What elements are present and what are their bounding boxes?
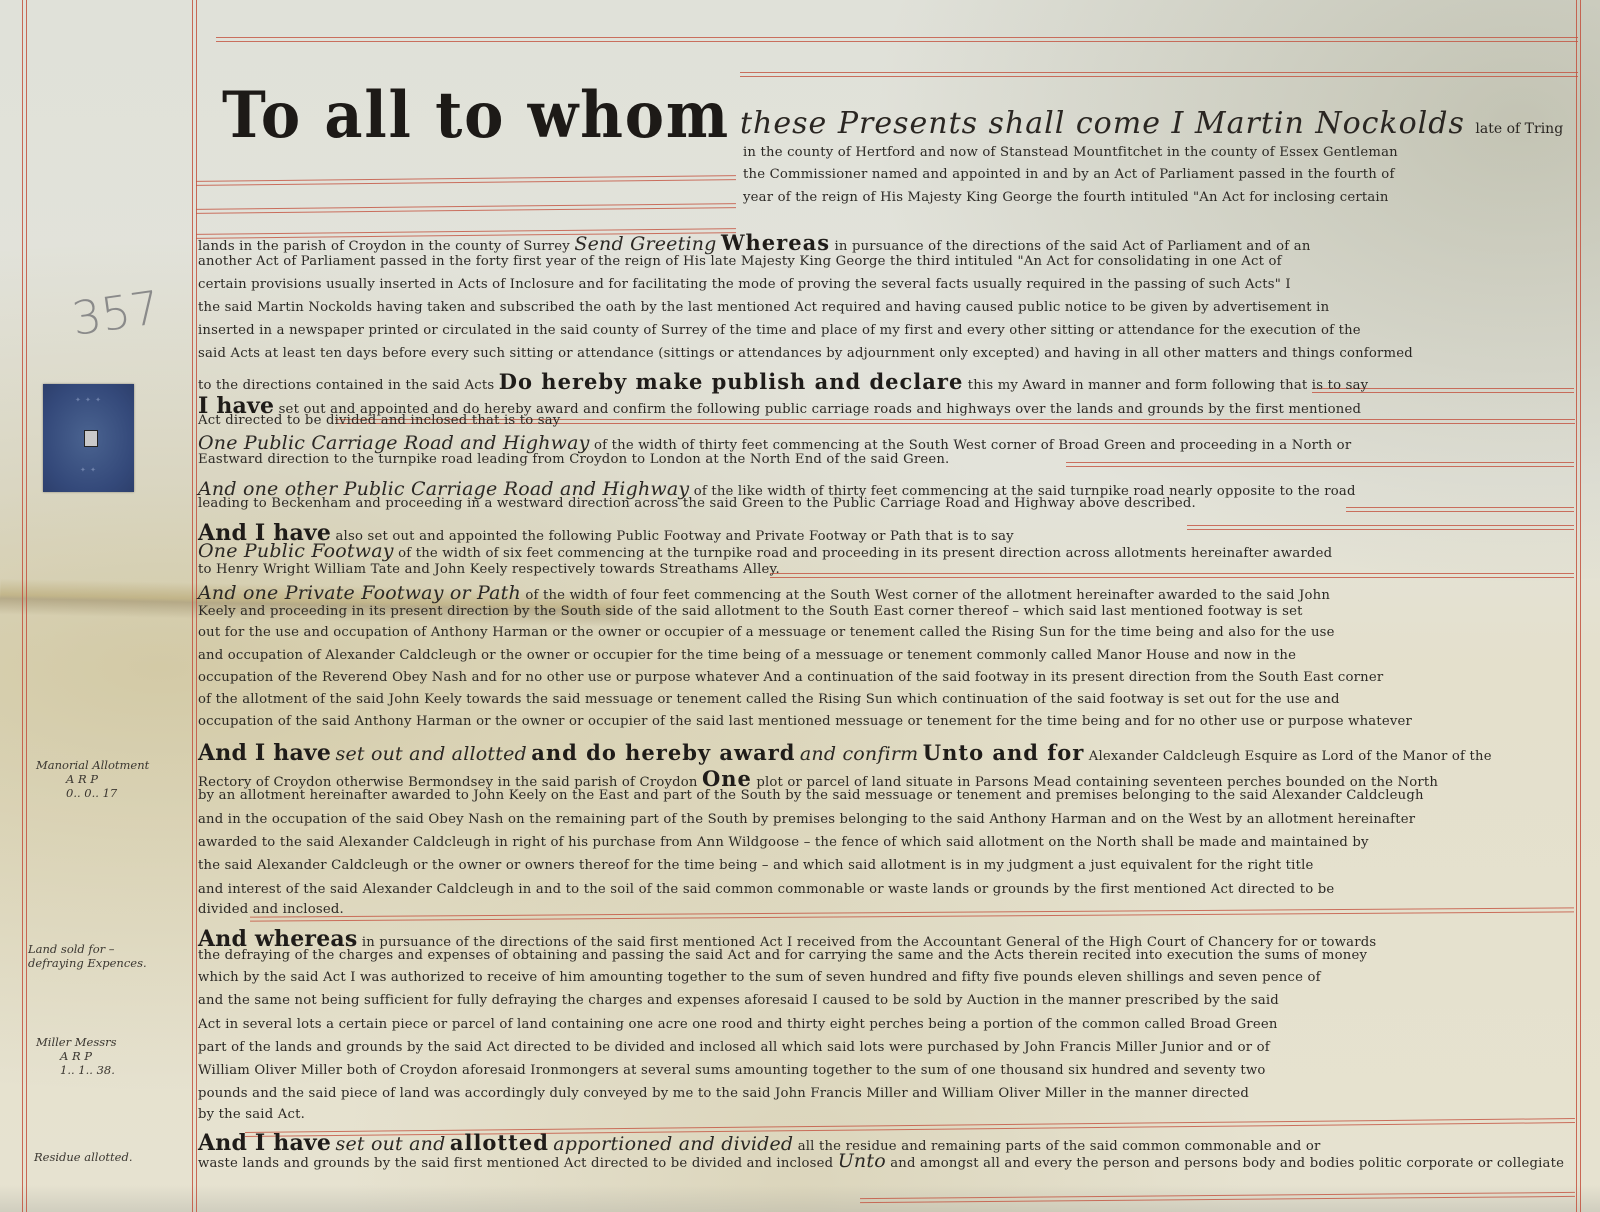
body-line: lands in the parish of Croydon in the co… bbox=[198, 230, 1311, 255]
line-text: occupation of the Reverend Obey Nash and… bbox=[198, 670, 1383, 685]
body-line: the defraying of the charges and expense… bbox=[198, 948, 1367, 963]
line-text: and the same not being sufficient for fu… bbox=[198, 993, 1279, 1008]
line-text: of the width of thirty feet commencing a… bbox=[594, 438, 1351, 453]
script-phrase: Send Greeting bbox=[574, 233, 716, 255]
margin-note-miller: Miller Messrs A R P 1.. 1.. 38. bbox=[36, 1035, 117, 1077]
line-text: by an allotment hereinafter awarded to J… bbox=[198, 788, 1424, 803]
body-line: occupation of the Reverend Obey Nash and… bbox=[198, 670, 1383, 685]
margin-note-land-sold: Land sold for – defraying Expences. bbox=[28, 942, 147, 970]
margin-note-manorial: Manorial Allotment A R P 0.. 0.. 17 bbox=[36, 758, 149, 800]
margin-note-label-2: defraying Expences. bbox=[28, 956, 147, 970]
body-line: said Acts at least ten days before every… bbox=[198, 346, 1413, 361]
body-line: which by the said Act I was authorized t… bbox=[198, 970, 1321, 985]
line-text: and occupation of Alexander Caldcleugh o… bbox=[198, 648, 1296, 663]
gothic-lead-word: And I have bbox=[198, 740, 331, 766]
stamp-seal-icon bbox=[84, 430, 98, 447]
line-text: another Act of Parliament passed in the … bbox=[198, 254, 1282, 269]
line-text: and amongst all and every the person and… bbox=[890, 1156, 1564, 1171]
body-line: and the same not being sufficient for fu… bbox=[198, 993, 1279, 1008]
line-text: said Acts at least ten days before every… bbox=[198, 346, 1413, 361]
line-text: year of the reign of His Majesty King Ge… bbox=[743, 190, 1389, 205]
arp-values: 0.. 0.. 17 bbox=[36, 786, 149, 800]
margin-note-label: Residue allotted. bbox=[34, 1150, 132, 1164]
line-text: awarded to the said Alexander Caldcleugh… bbox=[198, 835, 1369, 850]
body-line: by the said Act. bbox=[198, 1107, 305, 1122]
script-phrase: And one Private Footway or Path bbox=[198, 582, 521, 604]
gothic-emphasis: Do hereby make publish and declare bbox=[499, 369, 964, 394]
line-text: of the width of six feet commencing at t… bbox=[398, 546, 1332, 561]
arp-header: A R P bbox=[36, 772, 149, 786]
body-line: awarded to the said Alexander Caldcleugh… bbox=[198, 835, 1369, 850]
body-line: to the directions contained in the said … bbox=[198, 369, 1368, 394]
title-script-text: these Presents shall come I Martin Nocko… bbox=[740, 106, 1465, 141]
stamp-bottom-text: ✦ ✦ bbox=[43, 466, 134, 474]
body-line: part of the lands and grounds by the sai… bbox=[198, 1040, 1270, 1055]
margin-note-residue: Residue allotted. bbox=[34, 1150, 132, 1164]
arp-values: 1.. 1.. 38. bbox=[36, 1063, 117, 1077]
body-line: the Commissioner named and appointed in … bbox=[743, 167, 1395, 182]
line-text: the Commissioner named and appointed in … bbox=[743, 167, 1395, 182]
line-text: occupation of the said Anthony Harman or… bbox=[198, 714, 1412, 729]
line-end-rule bbox=[1066, 462, 1574, 467]
outer-margin-rule bbox=[22, 0, 27, 1212]
right-margin-rule bbox=[1576, 0, 1581, 1212]
body-line: leading to Beckenham and proceeding in a… bbox=[198, 496, 1196, 511]
body-line: One Public Carriage Road and Highway of … bbox=[198, 432, 1351, 454]
margin-note-label: Miller Messrs bbox=[36, 1035, 117, 1049]
gothic-emphasis: Unto and for bbox=[923, 740, 1085, 765]
line-text: Alexander Caldcleugh Esquire as Lord of … bbox=[1089, 749, 1492, 764]
gothic-emphasis: and do hereby award bbox=[531, 740, 795, 765]
line-text: waste lands and grounds by the said firs… bbox=[198, 1156, 833, 1171]
line-end-rule bbox=[1187, 525, 1574, 530]
body-line: divided and inclosed. bbox=[198, 902, 344, 917]
script-phrase: Unto bbox=[838, 1150, 886, 1172]
stamp-top-text: ✦ ✦ ✦ bbox=[43, 396, 134, 404]
body-line: occupation of the said Anthony Harman or… bbox=[198, 714, 1412, 729]
revenue-stamp: ✦ ✦ ✦ ✦ ✦ bbox=[43, 384, 134, 492]
arp-header: A R P bbox=[36, 1049, 117, 1063]
body-line: in the county of Hertford and now of Sta… bbox=[743, 145, 1398, 160]
body-line: One Public Footway of the width of six f… bbox=[198, 540, 1332, 562]
body-line: out for the use and occupation of Anthon… bbox=[198, 625, 1335, 640]
header-rule bbox=[740, 72, 1578, 77]
body-line: And one Private Footway or Path of the w… bbox=[198, 582, 1330, 604]
top-rule bbox=[216, 37, 1578, 42]
line-text: the defraying of the charges and expense… bbox=[198, 948, 1367, 963]
document-title-script: these Presents shall come I Martin Nocko… bbox=[740, 106, 1563, 141]
line-text: William Oliver Miller both of Croydon af… bbox=[198, 1063, 1266, 1078]
gothic-emphasis: Whereas bbox=[721, 230, 830, 255]
body-line: And I have set out and allotted and do h… bbox=[198, 740, 1492, 766]
line-text: and interest of the said Alexander Caldc… bbox=[198, 882, 1334, 897]
body-line: of the allotment of the said John Keely … bbox=[198, 692, 1340, 707]
margin-note-label: Manorial Allotment bbox=[36, 758, 149, 772]
line-end-rule bbox=[770, 573, 1574, 578]
line-prefix: lands in the parish of Croydon in the co… bbox=[198, 239, 570, 254]
line-text: Act directed to be divided and inclosed … bbox=[198, 413, 560, 428]
line-text: pounds and the said piece of land was ac… bbox=[198, 1086, 1249, 1101]
body-line: and in the occupation of the said Obey N… bbox=[198, 812, 1415, 827]
body-line: William Oliver Miller both of Croydon af… bbox=[198, 1063, 1266, 1078]
line-text: certain provisions usually inserted in A… bbox=[198, 277, 1291, 292]
script-phrase: One Public Footway bbox=[198, 540, 394, 562]
body-line: another Act of Parliament passed in the … bbox=[198, 254, 1282, 269]
line-text: this my Award in manner and form followi… bbox=[968, 378, 1369, 393]
line-text: leading to Beckenham and proceeding in a… bbox=[198, 496, 1196, 511]
body-line: Keely and proceeding in its present dire… bbox=[198, 604, 1303, 619]
body-line: the said Martin Nockolds having taken an… bbox=[198, 300, 1329, 315]
body-line: pounds and the said piece of land was ac… bbox=[198, 1086, 1249, 1101]
body-line: year of the reign of His Majesty King Ge… bbox=[743, 190, 1389, 205]
line-text: which by the said Act I was authorized t… bbox=[198, 970, 1321, 985]
line-prefix: to the directions contained in the said … bbox=[198, 378, 494, 393]
script-phrase: and confirm bbox=[800, 743, 919, 765]
body-line: to Henry Wright William Tate and John Ke… bbox=[198, 562, 780, 577]
line-text: Keely and proceeding in its present dire… bbox=[198, 604, 1303, 619]
line-end-rule bbox=[1346, 507, 1574, 512]
body-line: by an allotment hereinafter awarded to J… bbox=[198, 788, 1424, 803]
body-line: inserted in a newspaper printed or circu… bbox=[198, 323, 1361, 338]
title-trailing-text: late of Tring bbox=[1475, 121, 1563, 137]
document-title-gothic: To all to whom bbox=[222, 78, 730, 153]
body-line: the said Alexander Caldcleugh or the own… bbox=[198, 858, 1314, 873]
line-text: to Henry Wright William Tate and John Ke… bbox=[198, 562, 780, 577]
body-line: waste lands and grounds by the said firs… bbox=[198, 1150, 1564, 1172]
margin-note-label: Land sold for – bbox=[28, 942, 147, 956]
line-text: part of the lands and grounds by the sai… bbox=[198, 1040, 1270, 1055]
body-line: Act directed to be divided and inclosed … bbox=[198, 413, 560, 428]
line-text: of the width of four feet commencing at … bbox=[525, 588, 1330, 603]
script-phrase: set out and allotted bbox=[336, 743, 527, 765]
line-text: in pursuance of the directions of the sa… bbox=[834, 239, 1310, 254]
line-text: out for the use and occupation of Anthon… bbox=[198, 625, 1335, 640]
line-text: Act in several lots a certain piece or p… bbox=[198, 1017, 1278, 1032]
body-line: Eastward direction to the turnpike road … bbox=[198, 452, 949, 467]
body-line: and interest of the said Alexander Caldc… bbox=[198, 882, 1334, 897]
body-line: and occupation of Alexander Caldcleugh o… bbox=[198, 648, 1296, 663]
body-line: certain provisions usually inserted in A… bbox=[198, 277, 1291, 292]
script-phrase: One Public Carriage Road and Highway bbox=[198, 432, 590, 454]
line-text: divided and inclosed. bbox=[198, 902, 344, 917]
body-line: Act in several lots a certain piece or p… bbox=[198, 1017, 1278, 1032]
line-text: and in the occupation of the said Obey N… bbox=[198, 812, 1415, 827]
line-text: the said Alexander Caldcleugh or the own… bbox=[198, 858, 1314, 873]
line-text: in the county of Hertford and now of Sta… bbox=[743, 145, 1398, 160]
line-text: the said Martin Nockolds having taken an… bbox=[198, 300, 1329, 315]
line-text: Eastward direction to the turnpike road … bbox=[198, 452, 949, 467]
line-text: by the said Act. bbox=[198, 1107, 305, 1122]
line-text: inserted in a newspaper printed or circu… bbox=[198, 323, 1361, 338]
line-text: of the allotment of the said John Keely … bbox=[198, 692, 1340, 707]
